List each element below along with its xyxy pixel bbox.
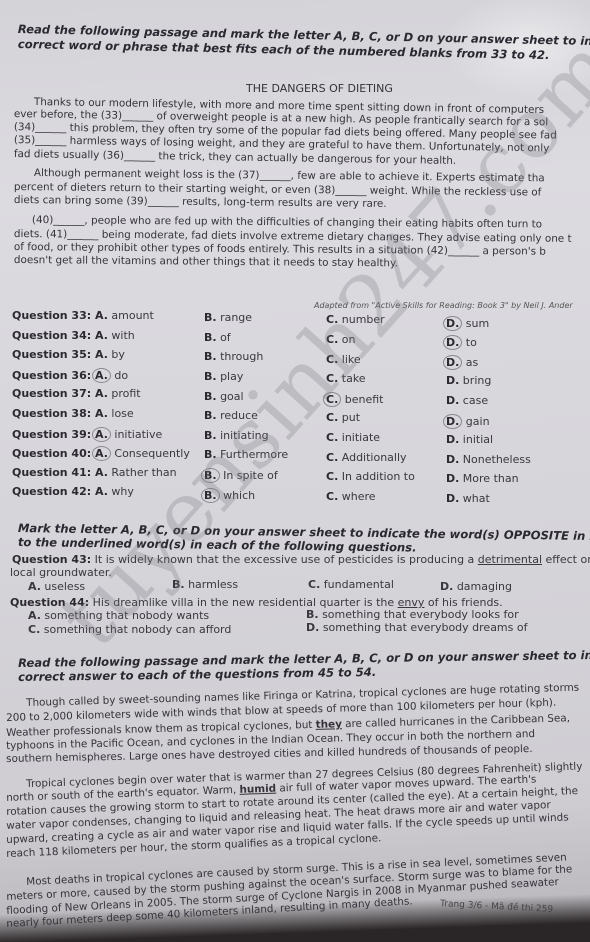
source-citation: Adapted from "Active Skills for Reading:…: [314, 301, 573, 310]
option-b[interactable]: B. of: [204, 331, 231, 344]
circled-answer: B.: [201, 488, 220, 503]
question-label: Question 42: A. why: [12, 485, 134, 498]
option-c[interactable]: C. Additionally: [326, 451, 407, 464]
option-a[interactable]: A. why: [95, 485, 134, 498]
option-b[interactable]: B. In spite of: [204, 469, 278, 482]
underlined-word: humid: [239, 783, 276, 796]
q43-option-b[interactable]: B. harmless: [172, 578, 238, 591]
option-c[interactable]: C. put: [326, 411, 360, 424]
passage1-line: diets can bring some (39)______ results,…: [14, 194, 387, 210]
option-c[interactable]: C. where: [326, 490, 376, 503]
option-d[interactable]: D. case: [446, 394, 488, 407]
underlined-word: detrimental: [478, 553, 542, 566]
option-b[interactable]: B. which: [204, 489, 255, 502]
circled-answer: D.: [443, 335, 462, 350]
option-b[interactable]: B. range: [204, 311, 252, 324]
option-c[interactable]: C. In addition to: [326, 470, 415, 483]
option-a[interactable]: A. amount: [95, 309, 154, 322]
option-c[interactable]: C. number: [326, 313, 385, 326]
option-d[interactable]: D. initial: [446, 433, 493, 446]
q44-option-b[interactable]: B. something that everybody looks for: [306, 608, 519, 621]
option-a[interactable]: A. lose: [95, 407, 134, 420]
option-c[interactable]: C. initiate: [326, 431, 380, 444]
option-d[interactable]: D. bring: [446, 374, 491, 387]
option-d[interactable]: D. as: [446, 356, 478, 369]
question-label: Question 35: A. by: [12, 348, 125, 361]
circled-answer: A.: [92, 427, 111, 442]
question-label: Question 39: A. initiative: [12, 427, 162, 442]
option-c[interactable]: C. take: [326, 372, 366, 385]
option-b[interactable]: B. through: [204, 350, 263, 363]
question-label: Question 37: A. profit: [12, 387, 141, 400]
circled-answer: A.: [92, 446, 111, 461]
option-a[interactable]: A. Rather than: [95, 466, 177, 479]
circled-answer: B.: [201, 468, 220, 483]
option-d[interactable]: D. gain: [446, 415, 490, 428]
question-label: Question 36: A. do: [12, 368, 128, 383]
option-a[interactable]: A. by: [95, 348, 125, 361]
option-c[interactable]: C. on: [326, 333, 355, 346]
option-b[interactable]: B. play: [204, 370, 243, 383]
q44-option-c[interactable]: C. something that nobody can afford: [28, 623, 231, 636]
option-b[interactable]: B. Furthermore: [204, 448, 288, 461]
page-footer: Trang 3/6 - Mã đề thi 259: [440, 899, 554, 915]
option-d[interactable]: D. More than: [446, 472, 519, 485]
option-c[interactable]: C. like: [326, 353, 361, 366]
option-b[interactable]: B. goal: [204, 390, 244, 403]
option-b[interactable]: B. initiating: [204, 429, 269, 442]
question-label: Question 41: A. Rather than: [12, 466, 177, 479]
option-d[interactable]: D. sum: [446, 317, 489, 330]
question-label: Question 33: A. amount: [12, 309, 154, 322]
q44-option-d[interactable]: D. something that everybody dreams of: [306, 621, 527, 634]
circled-answer: D.: [443, 316, 462, 331]
question-label: Question 38: A. lose: [12, 407, 134, 420]
circled-answer: C.: [323, 392, 341, 407]
option-d[interactable]: D. Nonetheless: [446, 453, 531, 466]
option-b[interactable]: B. reduce: [204, 409, 258, 422]
circled-answer: D.: [443, 355, 462, 370]
question-label: Question 34: A. with: [12, 329, 135, 342]
question-43-line2: local groundwater.: [10, 566, 112, 579]
q43-option-a[interactable]: A. useless: [28, 580, 85, 593]
question-43: Question 43: It is widely known that the…: [12, 553, 590, 566]
option-a[interactable]: A. Consequently: [95, 447, 190, 460]
circled-answer: A.: [92, 368, 111, 383]
option-d[interactable]: D. what: [446, 492, 490, 505]
option-a[interactable]: A. with: [95, 329, 135, 342]
option-a[interactable]: A. profit: [95, 387, 141, 400]
option-a[interactable]: A. initiative: [95, 428, 162, 441]
passage1-line: doesn't get all the vitamins and other t…: [14, 254, 398, 269]
q44-option-a[interactable]: A. something that nobody wants: [28, 609, 209, 622]
option-d[interactable]: D. to: [446, 336, 477, 349]
option-a[interactable]: A. do: [95, 369, 128, 382]
underlined-word: they: [316, 718, 342, 731]
passage-title: THE DANGERS OF DIETING: [246, 82, 393, 95]
circled-answer: D.: [443, 414, 462, 429]
q43-option-d[interactable]: D. damaging: [440, 580, 512, 593]
question-label: Question 40: A. Consequently: [12, 446, 190, 461]
q43-option-c[interactable]: C. fundamental: [308, 578, 394, 591]
option-c[interactable]: C. benefit: [326, 393, 384, 406]
